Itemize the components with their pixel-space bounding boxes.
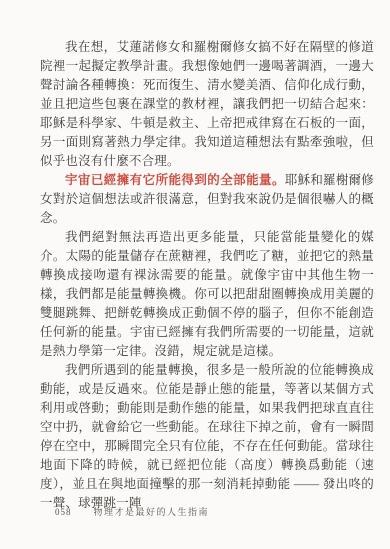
book-title: 物理才是最好的人生指南 xyxy=(94,505,210,518)
paragraph-1-text: 我在想，艾蓮諾修女和羅榭爾修女搞不好在隔壁的修道院裡一起擬定教學計畫。我想像她們… xyxy=(40,40,374,168)
body-text: 我在想，艾蓮諾修女和羅榭爾修女搞不好在隔壁的修道院裡一起擬定教學計畫。我想像她們… xyxy=(40,38,374,513)
paragraph-4: 我們所遇到的能量轉換，很多是一般所說的位能轉換成動能，或是反過來。位能是靜止態的… xyxy=(40,361,374,513)
page-number: 058 xyxy=(55,507,72,517)
paragraph-4-text: 我們所遇到的能量轉換，很多是一般所說的位能轉換成動能，或是反過來。位能是靜止態的… xyxy=(40,363,374,510)
page-footer: 058 物理才是最好的人生指南 xyxy=(55,505,209,518)
paragraph-1: 我在想，艾蓮諾修女和羅榭爾修女搞不好在隔壁的修道院裡一起擬定教學計畫。我想像她們… xyxy=(40,38,374,171)
paragraph-3: 我們絕對無法再造出更多能量，只能當能量變化的媒介。太陽的能量儲存在蔗糖裡，我們吃… xyxy=(40,228,374,361)
paragraph-3-text: 我們絕對無法再造出更多能量，只能當能量變化的媒介。太陽的能量儲存在蔗糖裡，我們吃… xyxy=(40,230,374,358)
paragraph-2: 宇宙已經擁有它所能得到的全部能量。耶穌和羅榭爾修女對於這個想法或許很滿意，但對我… xyxy=(40,171,374,228)
highlighted-sentence: 宇宙已經擁有它所能得到的全部能量。 xyxy=(65,173,285,187)
book-page: 我在想，艾蓮諾修女和羅榭爾修女搞不好在隔壁的修道院裡一起擬定教學計畫。我想像她們… xyxy=(0,0,390,549)
